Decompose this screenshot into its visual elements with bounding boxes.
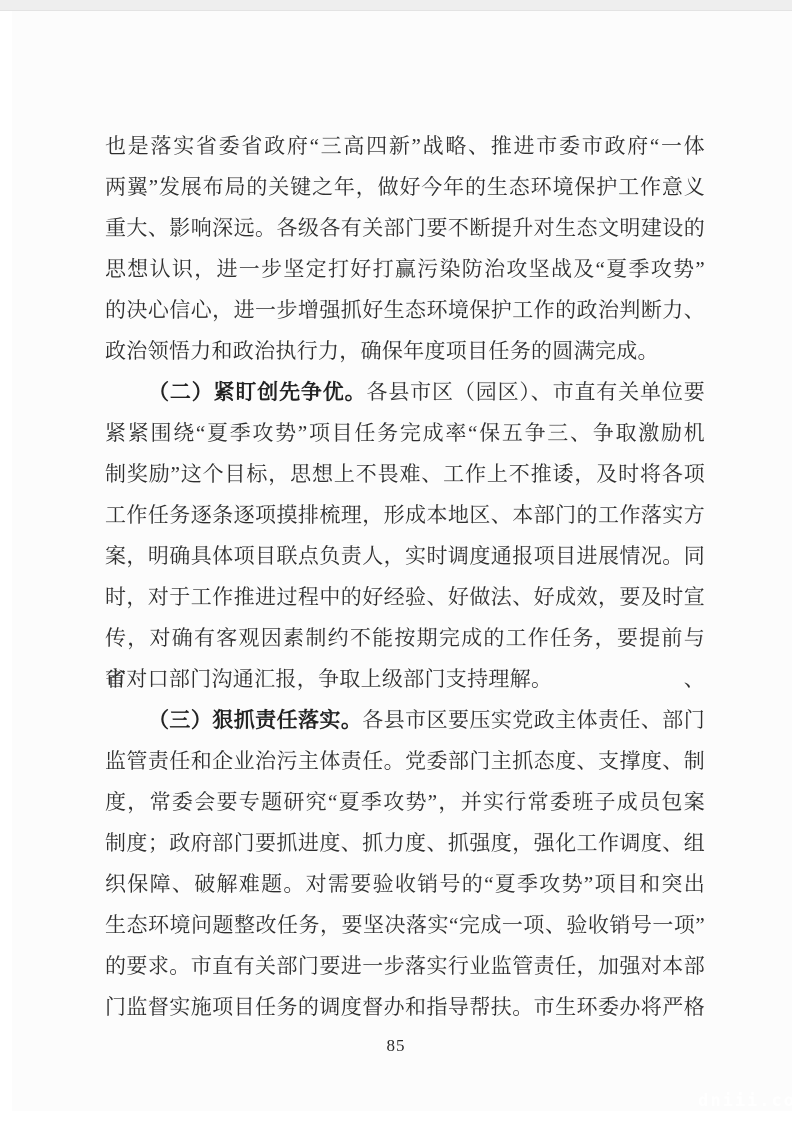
scan-top-edge-artifact: [0, 0, 792, 11]
watermark: dniii.co: [698, 1091, 792, 1111]
text-line: 生态环境问题整改任务，要坚决落实“完成一项、验收销号一项”: [105, 905, 705, 946]
text-line: 门监督实施项目任务的调度督办和指导帮扶。市生环委办将严格: [105, 987, 705, 1028]
text-line: 度，常委会要专题研究“夏季攻势”，并实行常委班子成员包案: [105, 782, 705, 823]
text-line: 制奖励”这个目标，思想上不畏难、工作上不推诿，及时将各项: [105, 454, 705, 495]
text-line: （三）狠抓责任落实。各县市区要压实党政主体责任、部门: [105, 700, 705, 741]
page-number: 85: [0, 1036, 792, 1056]
scan-bottom-edge-artifact: [0, 1111, 792, 1121]
document-page: 也是落实省委省政府“三高四新”战略、推进市委市政府“一体 两翼”发展布局的关键之…: [0, 0, 792, 1121]
text-line: 制度；政府部门要抓进度、抓力度、抓强度，强化工作调度、组: [105, 823, 705, 864]
text-line: 也是落实省委省政府“三高四新”战略、推进市委市政府“一体: [105, 126, 705, 167]
text-line: 政治领悟力和政治执行力，确保年度项目任务的圆满完成。: [105, 331, 705, 372]
section-heading-2: （二）紧盯创先争优。: [148, 380, 366, 404]
text-line: 传，对确有客观因素制约不能按期完成的工作任务，要提前与省、: [105, 618, 705, 659]
text-line: 工作任务逐条逐项摸排梳理，形成本地区、本部门的工作落实方: [105, 495, 705, 536]
text-line: 思想认识，进一步坚定打好打赢污染防治攻坚战及“夏季攻势”: [105, 249, 705, 290]
text-run: 各县市区（园区）、市直有关单位要: [366, 380, 705, 404]
document-body: 也是落实省委省政府“三高四新”战略、推进市委市政府“一体 两翼”发展布局的关键之…: [105, 126, 705, 1028]
text-line: （二）紧盯创先争优。各县市区（园区）、市直有关单位要: [105, 372, 705, 413]
text-line: 重大、影响深远。各级各有关部门要不断提升对生态文明建设的: [105, 208, 705, 249]
text-run: 各县市区要压实党政主体责任、部门: [362, 708, 705, 732]
text-line: 时，对于工作推进过程中的好经验、好做法、好成效，要及时宣: [105, 577, 705, 618]
text-line: 两翼”发展布局的关键之年，做好今年的生态环境保护工作意义: [105, 167, 705, 208]
scan-left-edge-artifact: [0, 11, 12, 1111]
section-heading-3: （三）狠抓责任落实。: [148, 708, 362, 732]
text-line: 监管责任和企业治污主体责任。党委部门主抓态度、支撑度、制: [105, 741, 705, 782]
text-line: 紧紧围绕“夏季攻势”项目任务完成率“保五争三、争取激励机: [105, 413, 705, 454]
text-line: 的要求。市直有关部门要进一步落实行业监管责任，加强对本部: [105, 946, 705, 987]
text-line: 案，明确具体项目联点负责人，实时调度通报项目进展情况。同: [105, 536, 705, 577]
text-line: 的决心信心，进一步增强抓好生态环境保护工作的政治判断力、: [105, 290, 705, 331]
text-line: 织保障、破解难题。对需要验收销号的“夏季攻势”项目和突出: [105, 864, 705, 905]
